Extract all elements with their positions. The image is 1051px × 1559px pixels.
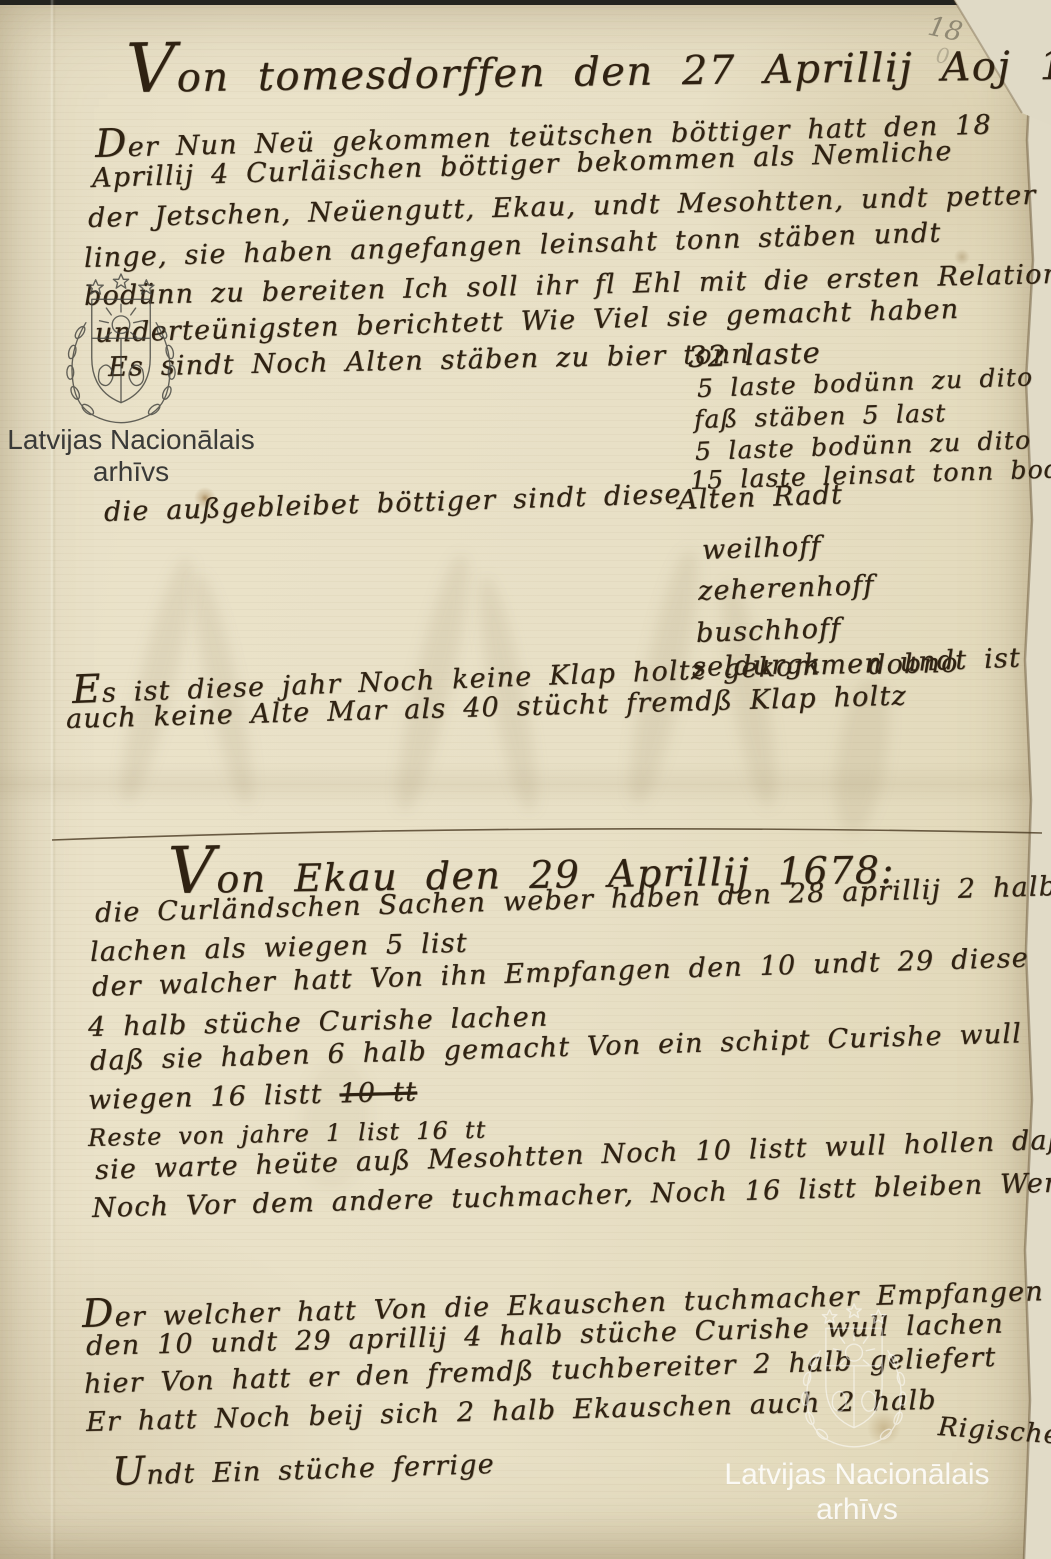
archive-name-line1: Latvijas Nacionālais [6, 424, 256, 456]
archive-watermark-text-light: Latvijas Nacionālais arhīvs [697, 1458, 1017, 1527]
manuscript-line: Undt Ein stüche ferrige [111, 1438, 495, 1495]
section1-heading: Von tomesdorffen den 27 Aprillij Aoj 167… [125, 16, 1051, 109]
tally-amount: 32 laste [687, 335, 821, 374]
manuscript-word: Rigischen [937, 1412, 1051, 1452]
manuscript-page: 18 0 Von tomesdorffen den 27 Aprillij Ao… [0, 0, 1051, 1559]
struck-amount: 10 tt [339, 1076, 417, 1109]
torn-right-edge [1011, 0, 1051, 1559]
place-name: zeherenhoff [697, 570, 875, 607]
archive-coat-of-arms-logo [52, 272, 190, 428]
archive-name-line2: arhīvs [697, 1493, 1017, 1528]
paper-fold-left [50, 0, 56, 1559]
scan-edge-bar [0, 0, 1051, 5]
place-name: Alten Radt [677, 479, 843, 516]
archive-name-line2: arhīvs [6, 456, 256, 488]
place-name: weilhoff [701, 531, 822, 566]
line-fragment: wiegen 16 listt [88, 1078, 340, 1116]
archive-watermark-text: Latvijas Nacionālais arhīvs [6, 424, 256, 488]
archive-coat-of-arms-watermark [788, 1302, 920, 1452]
archive-name-line1: Latvijas Nacionālais [697, 1458, 1017, 1493]
